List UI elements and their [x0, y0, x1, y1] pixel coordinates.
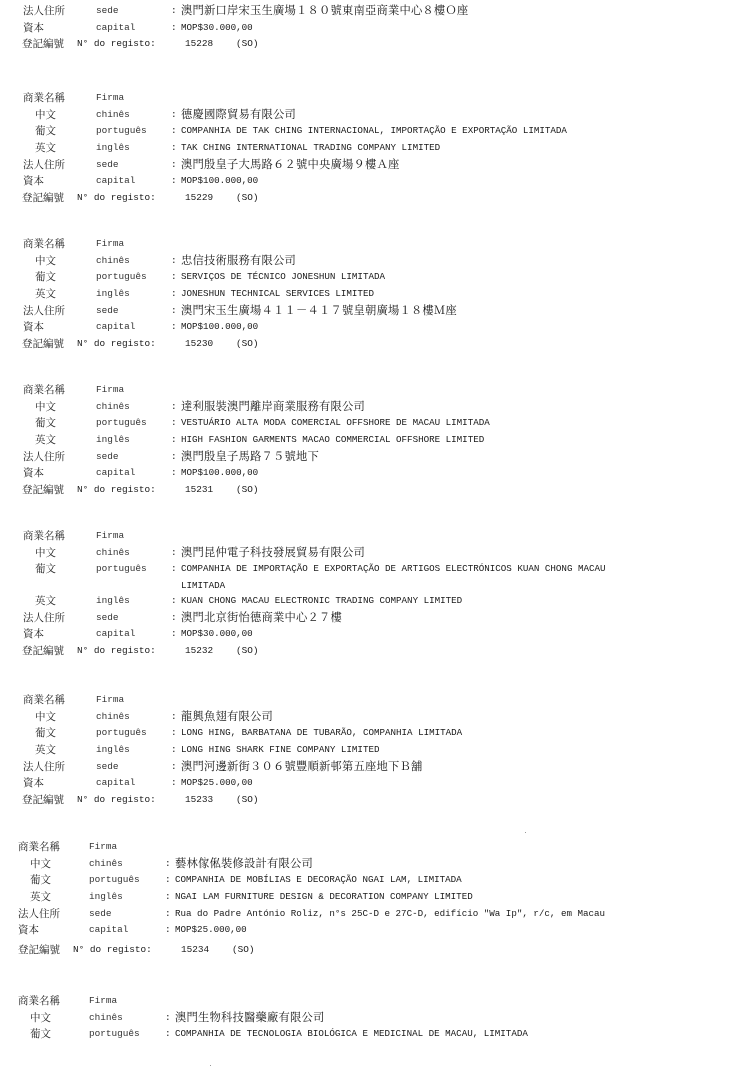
- firma-row: 商業名稱 Firma: [0, 382, 732, 399]
- registo-number: 15228: [185, 36, 213, 53]
- portugues-value: LONG HING, BARBATANA DE TUBARÃO, COMPANH…: [181, 725, 462, 742]
- firma-label-zh: 商業名稱: [18, 993, 60, 1010]
- sede-row: 法人住所 sede : 澳門宋玉生廣場４１１－４１７號皇朝廣場１８樓Ｍ座: [0, 303, 732, 320]
- capital-value: MOP$100.000,00: [181, 173, 258, 190]
- chines-label-pt: chinês: [96, 253, 130, 270]
- ingles-value: LONG HING SHARK FINE COMPANY LIMITED: [181, 742, 379, 759]
- ingles-row: 英文 inglês : TAK CHING INTERNATIONAL TRAD…: [0, 140, 732, 157]
- portugues-label-pt: português: [89, 872, 140, 889]
- portugues-value: COMPANHIA DE TAK CHING INTERNACIONAL, IM…: [181, 123, 567, 140]
- portugues-label-zh: 葡文: [35, 415, 56, 432]
- ingles-label-pt: inglês: [96, 593, 130, 610]
- registo-row: 登記編號 N° do registo: 15228 (SO): [0, 36, 732, 53]
- chines-label-zh: 中文: [35, 253, 56, 270]
- colon: :: [171, 759, 177, 776]
- chines-label-pt: chinês: [96, 545, 130, 562]
- registo-number: 15233: [185, 792, 213, 809]
- ingles-value: NGAI LAM FURNITURE DESIGN & DECORATION C…: [175, 889, 473, 906]
- sede-label-zh: 法人住所: [23, 157, 65, 174]
- company-entry-15234: 商業名稱 Firma 中文 chinês : 藝林傢俬裝修設計有限公司 葡文 p…: [0, 839, 732, 959]
- registo-label-pt: N° do registo:: [77, 336, 156, 353]
- ingles-value: KUAN CHONG MACAU ELECTRONIC TRADING COMP…: [181, 593, 462, 610]
- sede-label-pt: sede: [96, 610, 119, 627]
- portugues-row: 葡文 português : COMPANHIA DE IMPORTAÇÃO E…: [0, 561, 732, 578]
- gazette-page: 法人住所 sede : 澳門新口岸宋玉生廣場１８０號東南亞商業中心８樓Ｏ座 資本…: [0, 0, 732, 1075]
- portugues-label-pt: português: [96, 561, 147, 578]
- sede-label-pt: sede: [96, 449, 119, 466]
- colon: :: [171, 157, 177, 174]
- chines-row: 中文 chinês : 澳門生物科技醫藥廠有限公司: [0, 1010, 732, 1027]
- capital-label-zh: 資本: [23, 465, 44, 482]
- firma-row: 商業名稱 Firma: [0, 528, 732, 545]
- sede-value: 澳門殷皇子大馬路６２號中央廣場９樓Ａ座: [181, 157, 399, 174]
- registo-so: (SO): [236, 190, 259, 207]
- sede-label-pt: sede: [96, 3, 119, 20]
- firma-label-zh: 商業名稱: [23, 382, 65, 399]
- capital-label-zh: 資本: [23, 173, 44, 190]
- sede-value: 澳門宋玉生廣場４１１－４１７號皇朝廣場１８樓Ｍ座: [181, 303, 457, 320]
- registo-label-zh: 登記編號: [22, 336, 64, 353]
- portugues-value: SERVIÇOS DE TÉCNICO JONESHUN LIMITADA: [181, 269, 385, 286]
- chines-value: 龍興魚翅有限公司: [181, 709, 273, 726]
- colon: :: [171, 107, 177, 124]
- firma-label-zh: 商業名稱: [23, 528, 65, 545]
- registo-label-zh: 登記編號: [22, 482, 64, 499]
- capital-label-pt: capital: [96, 465, 135, 482]
- firma-label-zh: 商業名稱: [23, 692, 65, 709]
- ingles-label-pt: inglês: [96, 432, 130, 449]
- sede-value: 澳門北京街怡德商業中心２７樓: [181, 610, 342, 627]
- firma-label-zh: 商業名稱: [23, 236, 65, 253]
- chines-label-zh: 中文: [35, 545, 56, 562]
- chines-row: 中文 chinês : 忠信技術服務有限公司: [0, 253, 732, 270]
- portugues-value: COMPANHIA DE MOBÍLIAS E DECORAÇÃO NGAI L…: [175, 872, 462, 889]
- capital-label-pt: capital: [96, 626, 135, 643]
- registo-label-zh: 登記編號: [22, 792, 64, 809]
- portugues-value: COMPANHIA DE IMPORTAÇÃO E EXPORTAÇÃO DE …: [181, 561, 606, 578]
- portugues-value: VESTUÁRIO ALTA MODA COMERCIAL OFFSHORE D…: [181, 415, 490, 432]
- capital-value: MOP$25.000,00: [181, 775, 253, 792]
- scan-speck: [525, 832, 526, 833]
- colon: :: [171, 593, 177, 610]
- registo-label-pt: N° do registo:: [77, 482, 156, 499]
- capital-label-pt: capital: [96, 319, 135, 336]
- colon: :: [165, 1010, 171, 1027]
- chines-label-zh: 中文: [35, 107, 56, 124]
- capital-label-zh: 資本: [23, 775, 44, 792]
- capital-row: 資本 capital : MOP$30.000,00: [0, 626, 732, 643]
- registo-row: 登記編號 N° do registo: 15229 (SO): [0, 190, 732, 207]
- registo-row: 登記編號 N° do registo: 15234 (SO): [0, 942, 732, 959]
- colon: :: [171, 140, 177, 157]
- registo-label-zh: 登記編號: [22, 643, 64, 660]
- ingles-value: TAK CHING INTERNATIONAL TRADING COMPANY …: [181, 140, 440, 157]
- colon: :: [171, 303, 177, 320]
- portugues-row: 葡文 português : LONG HING, BARBATANA DE T…: [0, 725, 732, 742]
- ingles-label-zh: 英文: [35, 593, 56, 610]
- ingles-label-zh: 英文: [35, 140, 56, 157]
- chines-row: 中文 chinês : 澳門昆仲電子科技發展貿易有限公司: [0, 545, 732, 562]
- colon: :: [171, 775, 177, 792]
- capital-row: 資本 capital : MOP$25.000,00: [0, 922, 732, 939]
- registo-label-pt: N° do registo:: [77, 36, 156, 53]
- chines-value: 達利服裝澳門離岸商業服務有限公司: [181, 399, 365, 416]
- ingles-label-pt: inglês: [96, 286, 130, 303]
- ingles-row: 英文 inglês : JONESHUN TECHNICAL SERVICES …: [0, 286, 732, 303]
- ingles-row: 英文 inglês : LONG HING SHARK FINE COMPANY…: [0, 742, 732, 759]
- firma-label-pt: Firma: [96, 90, 124, 107]
- colon: :: [171, 415, 177, 432]
- ingles-label-pt: inglês: [89, 889, 123, 906]
- registo-so: (SO): [236, 336, 259, 353]
- registo-label-pt: N° do registo:: [77, 792, 156, 809]
- portugues-label-zh: 葡文: [30, 1026, 51, 1043]
- colon: :: [171, 742, 177, 759]
- colon: :: [171, 20, 177, 37]
- colon: :: [171, 286, 177, 303]
- ingles-row: 英文 inglês : HIGH FASHION GARMENTS MACAO …: [0, 432, 732, 449]
- portugues-row: 葡文 português : COMPANHIA DE TECNOLOGIA B…: [0, 1026, 732, 1043]
- colon: :: [165, 922, 171, 939]
- capital-value: MOP$30.000,00: [181, 626, 253, 643]
- ingles-row: 英文 inglês : NGAI LAM FURNITURE DESIGN & …: [0, 889, 732, 906]
- portugues-row: 葡文 português : COMPANHIA DE TAK CHING IN…: [0, 123, 732, 140]
- chines-value: 藝林傢俬裝修設計有限公司: [175, 856, 313, 873]
- chines-label-pt: chinês: [96, 399, 130, 416]
- firma-label-pt: Firma: [89, 993, 117, 1010]
- portugues-row: 葡文 português : COMPANHIA DE MOBÍLIAS E D…: [0, 872, 732, 889]
- registo-so: (SO): [236, 482, 259, 499]
- ingles-label-zh: 英文: [30, 889, 51, 906]
- ingles-label-pt: inglês: [96, 742, 130, 759]
- chines-label-pt: chinês: [96, 709, 130, 726]
- capital-value: MOP$100.000,00: [181, 465, 258, 482]
- colon: :: [171, 610, 177, 627]
- company-entry-15230: 商業名稱 Firma 中文 chinês : 忠信技術服務有限公司 葡文 por…: [0, 236, 732, 353]
- ingles-label-zh: 英文: [35, 432, 56, 449]
- colon: :: [171, 269, 177, 286]
- colon: :: [171, 319, 177, 336]
- capital-label-zh: 資本: [23, 319, 44, 336]
- registo-label-zh: 登記編號: [22, 36, 64, 53]
- registo-number: 15234: [181, 942, 209, 959]
- colon: :: [171, 465, 177, 482]
- colon: :: [165, 856, 171, 873]
- capital-row: 資本 capital : MOP$30.000,00: [0, 20, 732, 37]
- company-entry-partial: 商業名稱 Firma 中文 chinês : 澳門生物科技醫藥廠有限公司 葡文 …: [0, 993, 732, 1043]
- colon: :: [171, 123, 177, 140]
- chines-row: 中文 chinês : 德慶國際貿易有限公司: [0, 107, 732, 124]
- sede-value: 澳門殷皇子馬路７５號地下: [181, 449, 319, 466]
- portugues-continuation-row: LIMITADA: [0, 578, 732, 593]
- sede-label-pt: sede: [96, 157, 119, 174]
- colon: :: [171, 3, 177, 20]
- company-entry-15229: 商業名稱 Firma 中文 chinês : 德慶國際貿易有限公司 葡文 por…: [0, 90, 732, 207]
- portugues-label-zh: 葡文: [30, 872, 51, 889]
- chines-label-zh: 中文: [35, 709, 56, 726]
- portugues-label-pt: português: [96, 725, 147, 742]
- firma-label-pt: Firma: [96, 382, 124, 399]
- firma-row: 商業名稱 Firma: [0, 692, 732, 709]
- colon: :: [171, 173, 177, 190]
- firma-label-pt: Firma: [96, 236, 124, 253]
- sede-row: 法人住所 sede : 澳門新口岸宋玉生廣場１８０號東南亞商業中心８樓Ｏ座: [0, 3, 732, 20]
- registo-row: 登記編號 N° do registo: 15233 (SO): [0, 792, 732, 809]
- capital-row: 資本 capital : MOP$100.000,00: [0, 465, 732, 482]
- sede-label-zh: 法人住所: [18, 906, 60, 923]
- sede-label-zh: 法人住所: [23, 759, 65, 776]
- registo-number: 15232: [185, 643, 213, 660]
- capital-value: MOP$25.000,00: [175, 922, 247, 939]
- portugues-label-pt: português: [96, 269, 147, 286]
- sede-label-zh: 法人住所: [23, 610, 65, 627]
- firma-label-pt: Firma: [96, 692, 124, 709]
- sede-row: 法人住所 sede : 澳門河邊新街３０６號豐順新邨第五座地下Ｂ舖: [0, 759, 732, 776]
- ingles-value: JONESHUN TECHNICAL SERVICES LIMITED: [181, 286, 374, 303]
- chines-label-zh: 中文: [30, 1010, 51, 1027]
- firma-row: 商業名稱 Firma: [0, 993, 732, 1010]
- sede-row: 法人住所 sede : 澳門殷皇子馬路７５號地下: [0, 449, 732, 466]
- colon: :: [171, 561, 177, 578]
- colon: :: [165, 889, 171, 906]
- capital-label-zh: 資本: [23, 626, 44, 643]
- colon: :: [171, 432, 177, 449]
- capital-label-pt: capital: [89, 922, 128, 939]
- sede-label-zh: 法人住所: [23, 303, 65, 320]
- registo-label-zh: 登記編號: [22, 190, 64, 207]
- chines-value: 忠信技術服務有限公司: [181, 253, 296, 270]
- registo-label-pt: N° do registo:: [73, 942, 152, 959]
- capital-label-pt: capital: [96, 20, 135, 37]
- portugues-label-zh: 葡文: [35, 123, 56, 140]
- firma-label-zh: 商業名稱: [23, 90, 65, 107]
- capital-label-zh: 資本: [23, 20, 44, 37]
- chines-row: 中文 chinês : 龍興魚翅有限公司: [0, 709, 732, 726]
- colon: :: [165, 1026, 171, 1043]
- colon: :: [171, 709, 177, 726]
- portugues-row: 葡文 português : VESTUÁRIO ALTA MODA COMER…: [0, 415, 732, 432]
- company-entry-15231: 商業名稱 Firma 中文 chinês : 達利服裝澳門離岸商業服務有限公司 …: [0, 382, 732, 499]
- ingles-label-zh: 英文: [35, 742, 56, 759]
- sede-row: 法人住所 sede : Rua do Padre António Roliz, …: [0, 906, 732, 923]
- chines-row: 中文 chinês : 達利服裝澳門離岸商業服務有限公司: [0, 399, 732, 416]
- chines-label-pt: chinês: [89, 856, 123, 873]
- chines-label-zh: 中文: [30, 856, 51, 873]
- portugues-label-zh: 葡文: [35, 725, 56, 742]
- sede-row: 法人住所 sede : 澳門北京街怡德商業中心２７樓: [0, 610, 732, 627]
- portugues-value: COMPANHIA DE TECNOLOGIA BIOLÓGICA E MEDI…: [175, 1026, 528, 1043]
- chines-label-pt: chinês: [89, 1010, 123, 1027]
- colon: :: [171, 545, 177, 562]
- sede-value: 澳門新口岸宋玉生廣場１８０號東南亞商業中心８樓Ｏ座: [181, 3, 468, 20]
- chines-label-pt: chinês: [96, 107, 130, 124]
- registo-label-pt: N° do registo:: [77, 643, 156, 660]
- sede-label-pt: sede: [96, 759, 119, 776]
- sede-label-pt: sede: [96, 303, 119, 320]
- capital-value: MOP$100.000,00: [181, 319, 258, 336]
- sede-value: Rua do Padre António Roliz, n°s 25C-D e …: [175, 906, 605, 923]
- capital-label-pt: capital: [96, 173, 135, 190]
- registo-so: (SO): [236, 643, 259, 660]
- firma-row: 商業名稱 Firma: [0, 236, 732, 253]
- capital-label-zh: 資本: [18, 922, 39, 939]
- registo-label-pt: N° do registo:: [77, 190, 156, 207]
- chines-value: 德慶國際貿易有限公司: [181, 107, 296, 124]
- ingles-value: HIGH FASHION GARMENTS MACAO COMMERCIAL O…: [181, 432, 484, 449]
- sede-label-zh: 法人住所: [23, 3, 65, 20]
- colon: :: [171, 399, 177, 416]
- registo-number: 15230: [185, 336, 213, 353]
- ingles-row: 英文 inglês : KUAN CHONG MACAU ELECTRONIC …: [0, 593, 732, 610]
- registo-so: (SO): [236, 792, 259, 809]
- company-entry-15228: 法人住所 sede : 澳門新口岸宋玉生廣場１８０號東南亞商業中心８樓Ｏ座 資本…: [0, 3, 732, 53]
- company-entry-15232: 商業名稱 Firma 中文 chinês : 澳門昆仲電子科技發展貿易有限公司 …: [0, 528, 732, 660]
- sede-label-zh: 法人住所: [23, 449, 65, 466]
- chines-label-zh: 中文: [35, 399, 56, 416]
- sede-label-pt: sede: [89, 906, 112, 923]
- scan-speck: [210, 1065, 211, 1066]
- registo-row: 登記編號 N° do registo: 15231 (SO): [0, 482, 732, 499]
- firma-label-pt: Firma: [89, 839, 117, 856]
- registo-number: 15231: [185, 482, 213, 499]
- portugues-row: 葡文 português : SERVIÇOS DE TÉCNICO JONES…: [0, 269, 732, 286]
- colon: :: [171, 449, 177, 466]
- firma-row: 商業名稱 Firma: [0, 839, 732, 856]
- sede-value: 澳門河邊新街３０６號豐順新邨第五座地下Ｂ舖: [181, 759, 422, 776]
- portugues-label-zh: 葡文: [35, 269, 56, 286]
- portugues-value-continued: LIMITADA: [181, 578, 225, 593]
- registo-label-zh: 登記編號: [18, 942, 60, 959]
- firma-label-pt: Firma: [96, 528, 124, 545]
- capital-value: MOP$30.000,00: [181, 20, 253, 37]
- firma-label-zh: 商業名稱: [18, 839, 60, 856]
- colon: :: [171, 725, 177, 742]
- portugues-label-zh: 葡文: [35, 561, 56, 578]
- chines-value: 澳門昆仲電子科技發展貿易有限公司: [181, 545, 365, 562]
- portugues-label-pt: português: [96, 415, 147, 432]
- colon: :: [171, 253, 177, 270]
- portugues-label-pt: português: [89, 1026, 140, 1043]
- chines-row: 中文 chinês : 藝林傢俬裝修設計有限公司: [0, 856, 732, 873]
- capital-row: 資本 capital : MOP$25.000,00: [0, 775, 732, 792]
- capital-row: 資本 capital : MOP$100.000,00: [0, 319, 732, 336]
- colon: :: [165, 872, 171, 889]
- registo-number: 15229: [185, 190, 213, 207]
- sede-row: 法人住所 sede : 澳門殷皇子大馬路６２號中央廣場９樓Ａ座: [0, 157, 732, 174]
- chines-value: 澳門生物科技醫藥廠有限公司: [175, 1010, 324, 1027]
- portugues-label-pt: português: [96, 123, 147, 140]
- company-entry-15233: 商業名稱 Firma 中文 chinês : 龍興魚翅有限公司 葡文 portu…: [0, 692, 732, 809]
- colon: :: [171, 626, 177, 643]
- ingles-label-zh: 英文: [35, 286, 56, 303]
- colon: :: [165, 906, 171, 923]
- registo-row: 登記編號 N° do registo: 15230 (SO): [0, 336, 732, 353]
- capital-label-pt: capital: [96, 775, 135, 792]
- firma-row: 商業名稱 Firma: [0, 90, 732, 107]
- registo-so: (SO): [232, 942, 255, 959]
- registo-row: 登記編號 N° do registo: 15232 (SO): [0, 643, 732, 660]
- capital-row: 資本 capital : MOP$100.000,00: [0, 173, 732, 190]
- ingles-label-pt: inglês: [96, 140, 130, 157]
- registo-so: (SO): [236, 36, 259, 53]
